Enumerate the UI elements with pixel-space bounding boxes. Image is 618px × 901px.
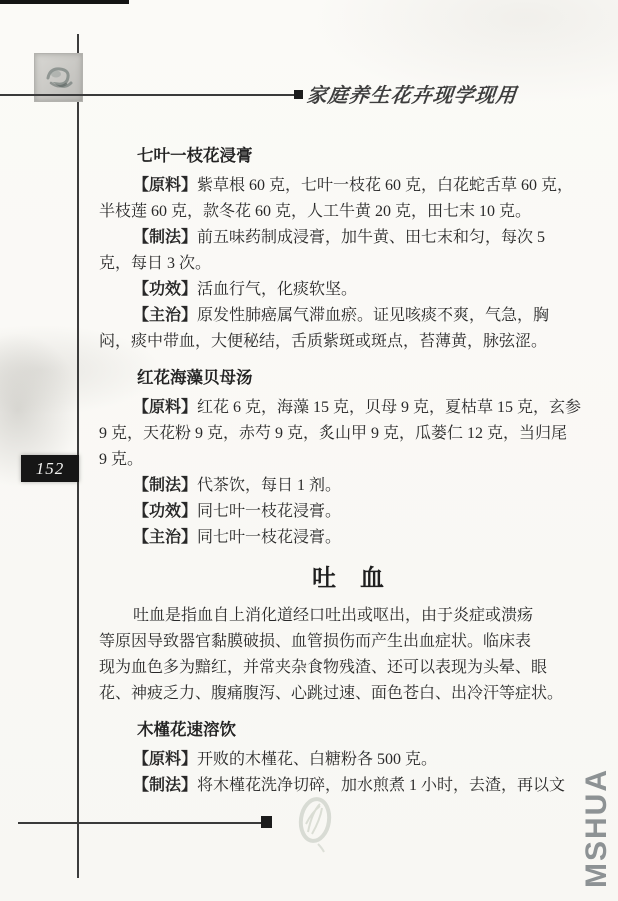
logo-swirl-icon [35,54,80,99]
footer-rule [18,822,263,824]
recipe3-method: 【制法】将木槿花洗净切碎，加水煎煮 1 小时，去渣，再以文 [99,773,597,799]
recipe-title-honghua-haizao: 红花海藻贝母汤 [137,365,597,391]
label-effect: 【功效】 [133,281,197,298]
top-edge-strip [0,0,129,4]
page-number: 152 [36,459,65,479]
chapter-title-tuxue: 吐 血 [99,564,597,594]
page-content: 七叶一枝花浸膏 【原料】紫草根 60 克，七叶一枝花 60 克，白花蛇舌草 60… [99,143,597,799]
label-method: 【制法】 [133,777,197,794]
header-rule [0,94,294,96]
recipe3-ingredients: 【原料】开败的木槿花、白糖粉各 500 克。 [99,747,597,773]
footer-bullet-square [261,816,272,828]
recipe1-ingredients: 【原料】紫草根 60 克，七叶一枝花 60 克，白花蛇舌草 60 克， 半枝莲 … [99,173,597,225]
label-method: 【制法】 [133,477,197,494]
text-effect: 同七叶一枝花浸膏。 [197,503,341,520]
book-page: 家庭养生花卉现学现用 152 七叶一枝花浸膏 【原料】紫草根 60 克，七叶一枝… [0,0,618,901]
chapter-intro-text: 吐血是指血自上消化道经口吐出或呕出，由于炎症或溃疡 等原因导致器官黏膜破损、血管… [99,607,563,702]
chapter-intro: 吐血是指血自上消化道经口吐出或呕出，由于炎症或溃疡 等原因导致器官黏膜破损、血管… [99,603,597,707]
recipe2-method: 【制法】代茶饮，每日 1 剂。 [99,473,597,499]
side-watermark-text: MSHUA [580,748,614,888]
text-ingredients: 开败的木槿花、白糖粉各 500 克。 [197,751,437,768]
running-head-title: 家庭养生花卉现学现用 [305,79,588,108]
recipe2-indication: 【主治】同七叶一枝花浸膏。 [99,525,597,551]
label-effect: 【功效】 [133,503,197,520]
text-method: 将木槿花洗净切碎，加水煎煮 1 小时，去渣，再以文 [197,777,565,794]
recipe2-effect: 【功效】同七叶一枝花浸膏。 [99,499,597,525]
recipe1-method: 【制法】前五味药制成浸膏，加牛黄、田七末和匀，每次 5 克，每日 3 次。 [99,225,597,277]
recipe-title-qiye-yizhihua: 七叶一枝花浸膏 [137,143,597,169]
label-indication: 【主治】 [133,529,197,546]
text-method: 代茶饮，每日 1 剂。 [197,477,341,494]
recipe2-ingredients: 【原料】红花 6 克，海藻 15 克，贝母 9 克，夏枯草 15 克，玄参 9 … [99,395,597,473]
flower-watermark-icon [292,794,338,854]
label-ingredients: 【原料】 [133,177,197,194]
page-number-badge: 152 [21,455,79,482]
recipe1-indication: 【主治】原发性肺癌属气滞血瘀。证见咳痰不爽，气急，胸 闷，痰中带血，大便秘结，舌… [99,303,597,355]
recipe1-effect: 【功效】活血行气，化痰软坚。 [99,277,597,303]
label-indication: 【主治】 [133,307,197,324]
label-method: 【制法】 [133,229,197,246]
text-indication: 同七叶一枝花浸膏。 [197,529,341,546]
recipe-title-mujinhua: 木槿花速溶饮 [137,717,597,743]
header-bullet-square [294,90,303,99]
label-ingredients: 【原料】 [133,751,197,768]
label-ingredients: 【原料】 [133,399,197,416]
text-effect: 活血行气，化痰软坚。 [197,281,357,298]
